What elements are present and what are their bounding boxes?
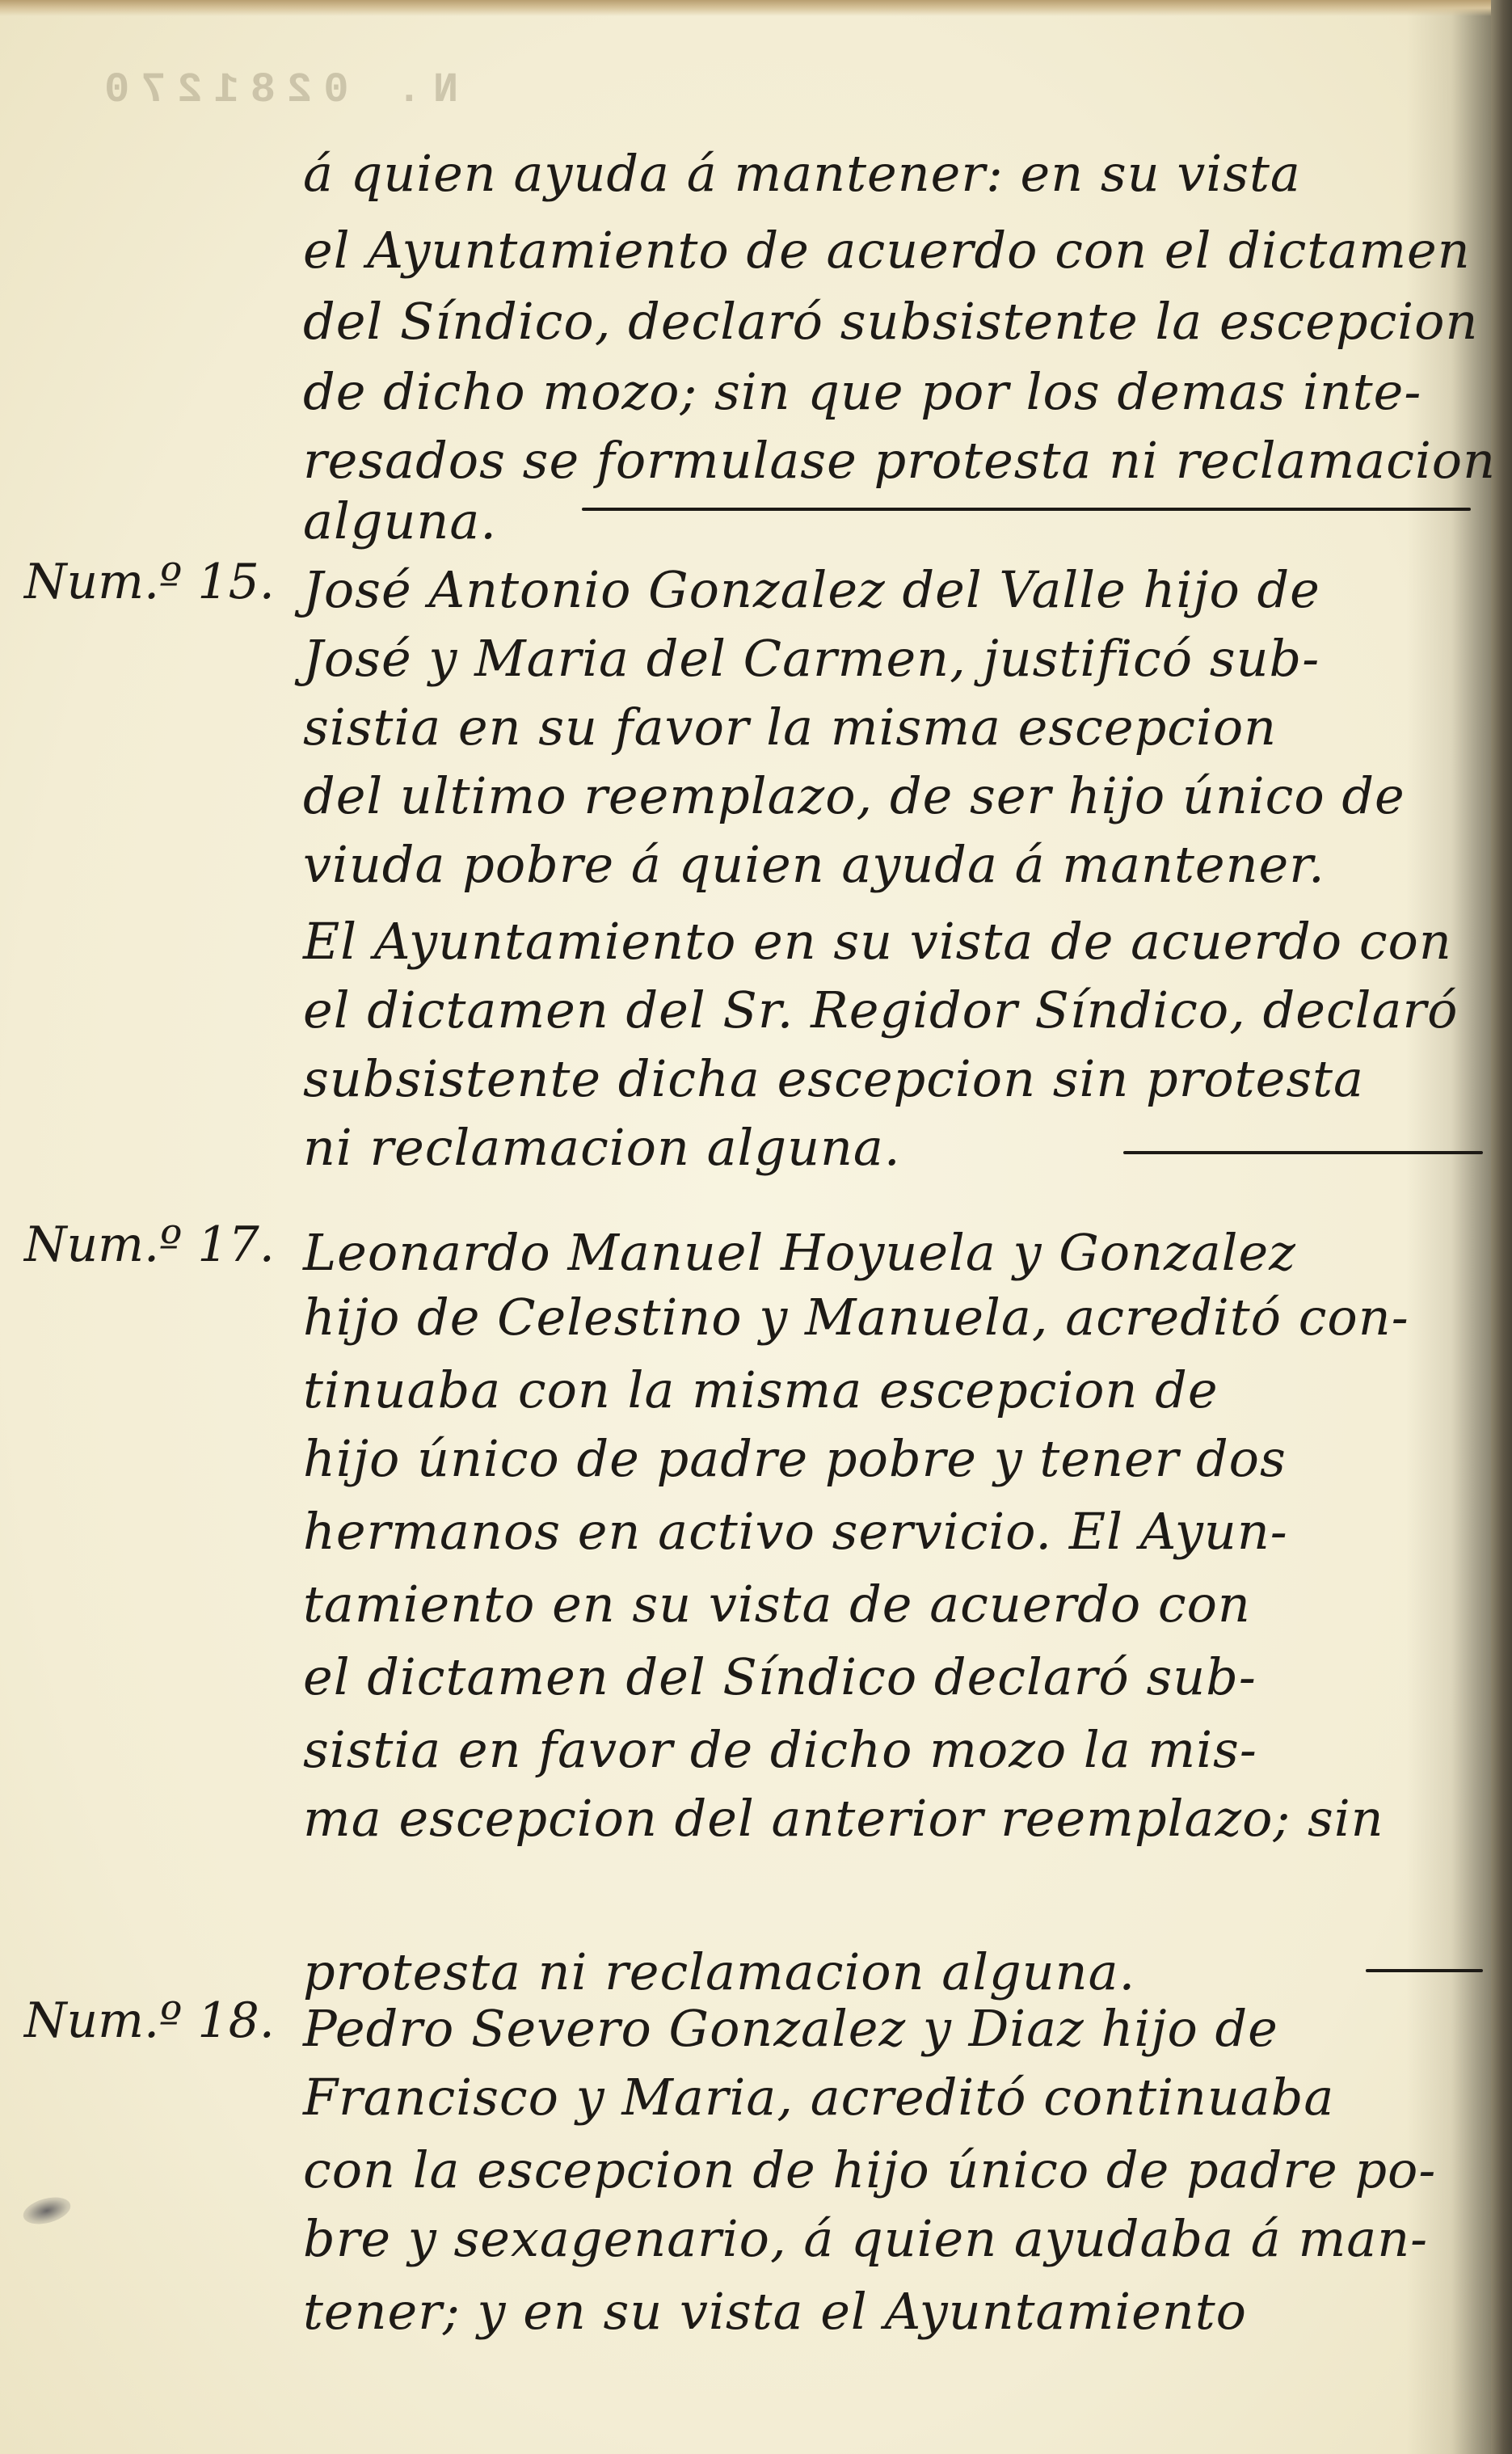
text-line: José Antonio Gonzalez del Valle hijo de bbox=[303, 558, 1455, 622]
entry-number-15: Num.º 15. bbox=[24, 550, 275, 614]
text-line: á quien ayuda á mantener: en su vista bbox=[303, 141, 1455, 206]
text-line: bre y sexagenario, á quien ayudaba á man… bbox=[303, 2207, 1455, 2271]
text-line: resados se formulase protesta ni reclama… bbox=[303, 428, 1455, 493]
text-line: tener; y en su vista el Ayuntamiento bbox=[303, 2279, 1455, 2344]
text-line: del Síndico, declaró subsistente la esce… bbox=[303, 289, 1455, 354]
text-line: ma escepcion del anterior reemplazo; sin bbox=[303, 1786, 1455, 1851]
text-line: viuda pobre á quien ayuda á mantener. bbox=[303, 833, 1455, 897]
text-line: hermanos en activo servicio. El Ayun- bbox=[303, 1499, 1455, 1564]
text-line: tamiento en su vista de acuerdo con bbox=[303, 1572, 1455, 1637]
ink-blot bbox=[20, 2193, 74, 2229]
end-rule bbox=[1366, 1969, 1483, 1972]
book-binding bbox=[1491, 0, 1512, 2454]
text-line: el dictamen del Sr. Regidor Síndico, dec… bbox=[303, 978, 1455, 1043]
entry-number-17: Num.º 17. bbox=[24, 1212, 275, 1277]
text-line: ni reclamacion alguna. bbox=[303, 1115, 1455, 1180]
text-line: tinuaba con la misma escepcion de bbox=[303, 1358, 1455, 1423]
text-line: Francisco y Maria, acreditó continuaba bbox=[303, 2065, 1455, 2130]
text-line: protesta ni reclamacion alguna. bbox=[303, 1940, 1455, 2005]
text-line: hijo de Celestino y Manuela, acreditó co… bbox=[303, 1285, 1455, 1350]
entry-number-18: Num.º 18. bbox=[24, 1988, 275, 2053]
text-line: José y Maria del Carmen, justificó sub- bbox=[303, 626, 1455, 691]
end-rule bbox=[582, 508, 1471, 511]
text-line: de dicho mozo; sin que por los demas int… bbox=[303, 360, 1455, 424]
text-line: hijo único de padre pobre y tener dos bbox=[303, 1427, 1455, 1491]
faded-stamp: N. 0281270 bbox=[93, 66, 458, 114]
text-line: El Ayuntamiento en su vista de acuerdo c… bbox=[303, 909, 1455, 974]
text-line: Leonardo Manuel Hoyuela y Gonzalez bbox=[303, 1221, 1455, 1285]
text-line: subsistente dicha escepcion sin protesta bbox=[303, 1047, 1455, 1111]
document-page: N. 0281270 á quien ayuda á mantener: en … bbox=[0, 0, 1512, 2454]
text-line: del ultimo reemplazo, de ser hijo único … bbox=[303, 764, 1455, 829]
text-line: el Ayuntamiento de acuerdo con el dictam… bbox=[303, 218, 1455, 283]
text-line: alguna. bbox=[303, 489, 1455, 554]
text-line: sistia en su favor la misma escepcion bbox=[303, 695, 1455, 760]
page-top-edge bbox=[0, 0, 1512, 16]
text-line: sistia en favor de dicho mozo la mis- bbox=[303, 1718, 1455, 1782]
end-rule bbox=[1123, 1151, 1483, 1154]
text-line: Pedro Severo Gonzalez y Diaz hijo de bbox=[303, 1997, 1455, 2061]
text-line: con la escepcion de hijo único de padre … bbox=[303, 2138, 1455, 2203]
text-line: el dictamen del Síndico declaró sub- bbox=[303, 1645, 1455, 1710]
